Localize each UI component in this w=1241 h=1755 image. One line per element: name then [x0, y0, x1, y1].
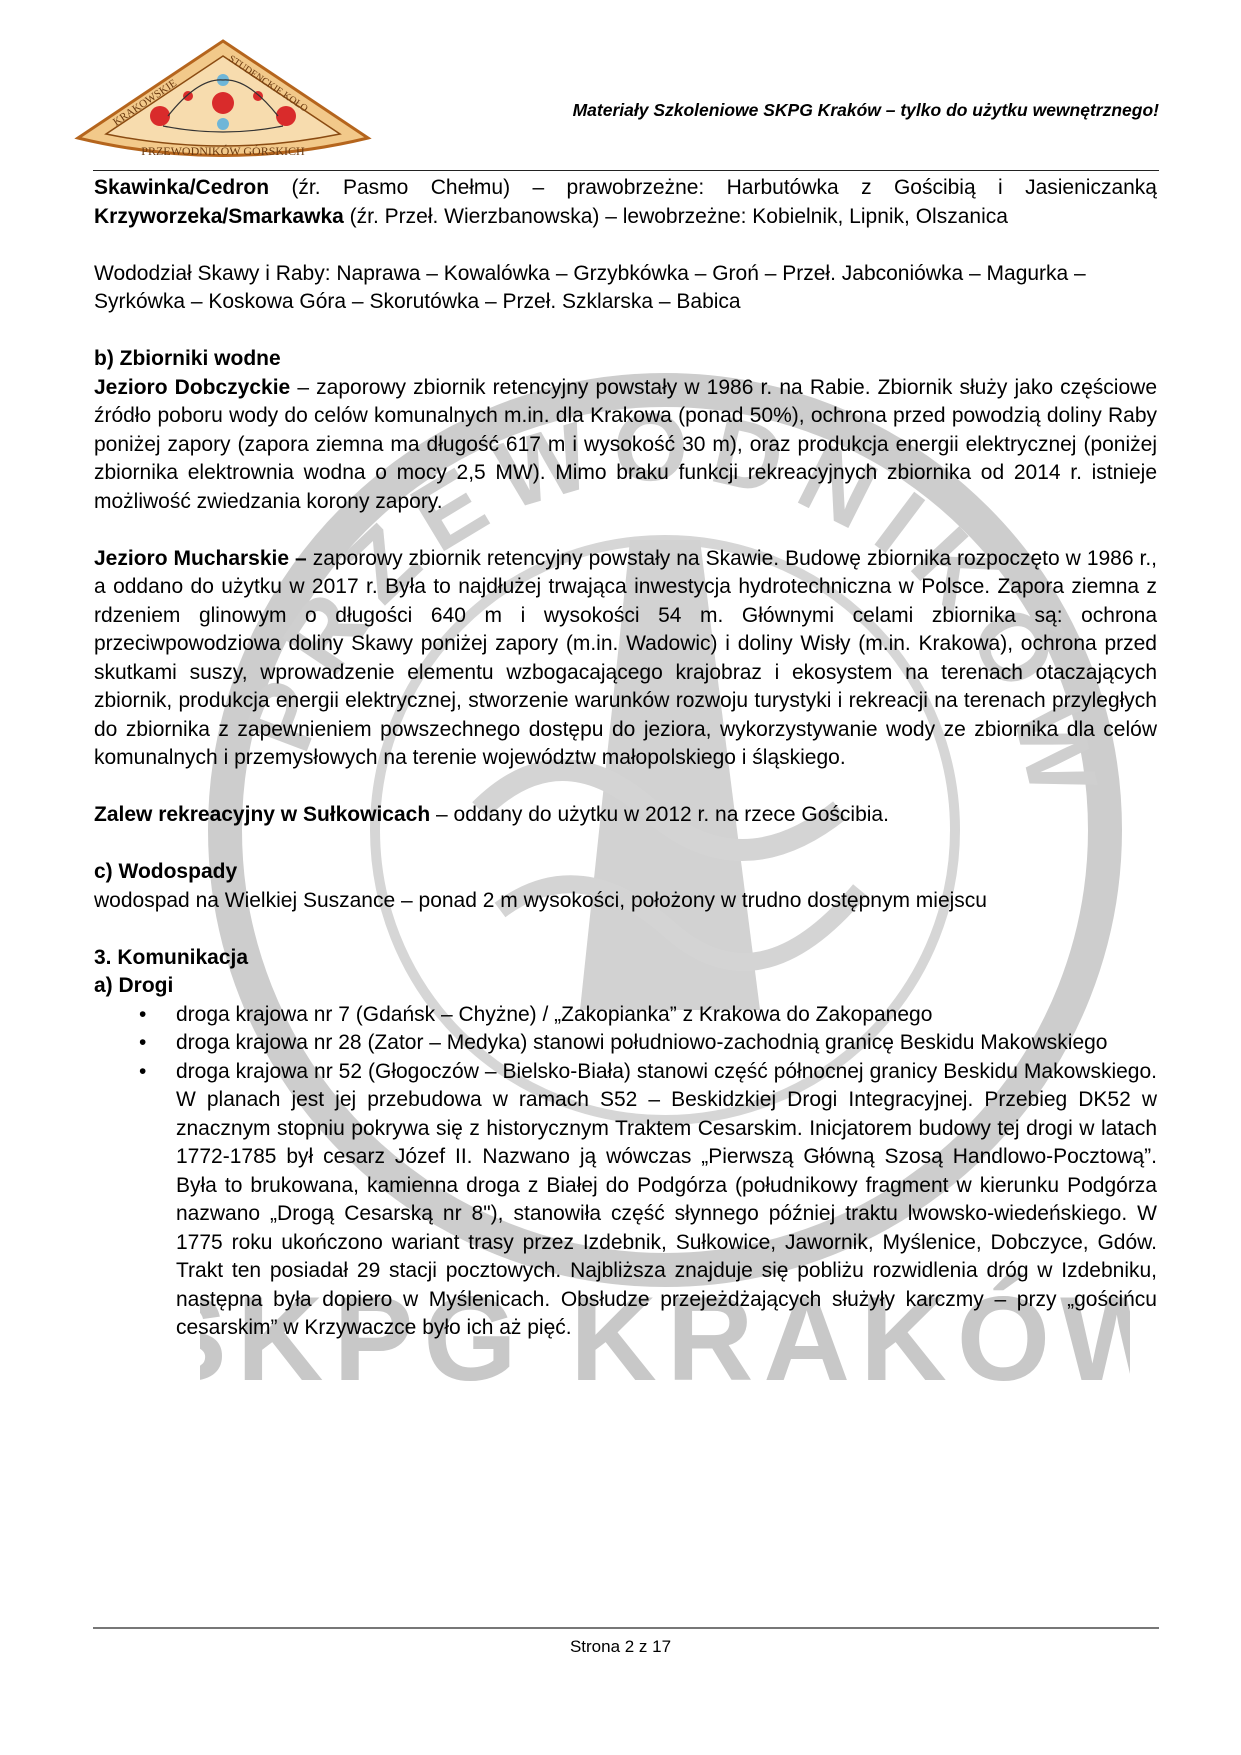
reservoir-entry: Jezioro Mucharskie – zaporowy zbiornik r…: [94, 545, 1157, 773]
section-b-heading: b) Zbiorniki wodne: [94, 345, 1157, 374]
bullet-icon: •: [139, 1029, 146, 1058]
list-item: •droga krajowa nr 28 (Zator – Medyka) st…: [94, 1029, 1157, 1058]
roads-subheading: a) Drogi: [94, 972, 1157, 1001]
header-divider: [93, 170, 1159, 171]
skpg-logo: KRAKOWSKIE STUDENCKIE KOŁO PRZEWODNIKÓW …: [68, 38, 378, 163]
river-entry: Krzyworzeka/Smarkawka (źr. Przeł. Wierzb…: [94, 203, 1157, 232]
bullet-icon: •: [139, 1001, 146, 1030]
waterfall-text: wodospad na Wielkiej Suszance – ponad 2 …: [94, 887, 1157, 916]
header-title: Materiały Szkoleniowe SKPG Kraków – tylk…: [573, 100, 1159, 121]
watershed-text: Wododział Skawy i Raby: Naprawa – Kowaló…: [94, 260, 1157, 317]
section-c-heading: c) Wodospady: [94, 858, 1157, 887]
reservoir-entry: Jezioro Dobczyckie – zaporowy zbiornik r…: [94, 374, 1157, 517]
reservoir-entry: Zalew rekreacyjny w Sułkowicach – oddany…: [94, 801, 1157, 830]
page-number: Strona 2 z 17: [0, 1637, 1241, 1657]
document-body: Skawinka/Cedron (źr. Pasmo Chełmu) – pra…: [94, 174, 1157, 1343]
footer-divider: [93, 1627, 1159, 1629]
logo-bottom-text: PRZEWODNIKÓW GÓRSKICH: [141, 144, 305, 158]
bullet-icon: •: [139, 1058, 146, 1087]
list-item: •droga krajowa nr 7 (Gdańsk – Chyżne) / …: [94, 1001, 1157, 1030]
roads-list: •droga krajowa nr 7 (Gdańsk – Chyżne) / …: [94, 1001, 1157, 1343]
section-3-heading: 3. Komunikacja: [94, 944, 1157, 973]
list-item: •droga krajowa nr 52 (Głogoczów – Bielsk…: [94, 1058, 1157, 1343]
river-entry: Skawinka/Cedron (źr. Pasmo Chełmu) – pra…: [94, 174, 1157, 203]
